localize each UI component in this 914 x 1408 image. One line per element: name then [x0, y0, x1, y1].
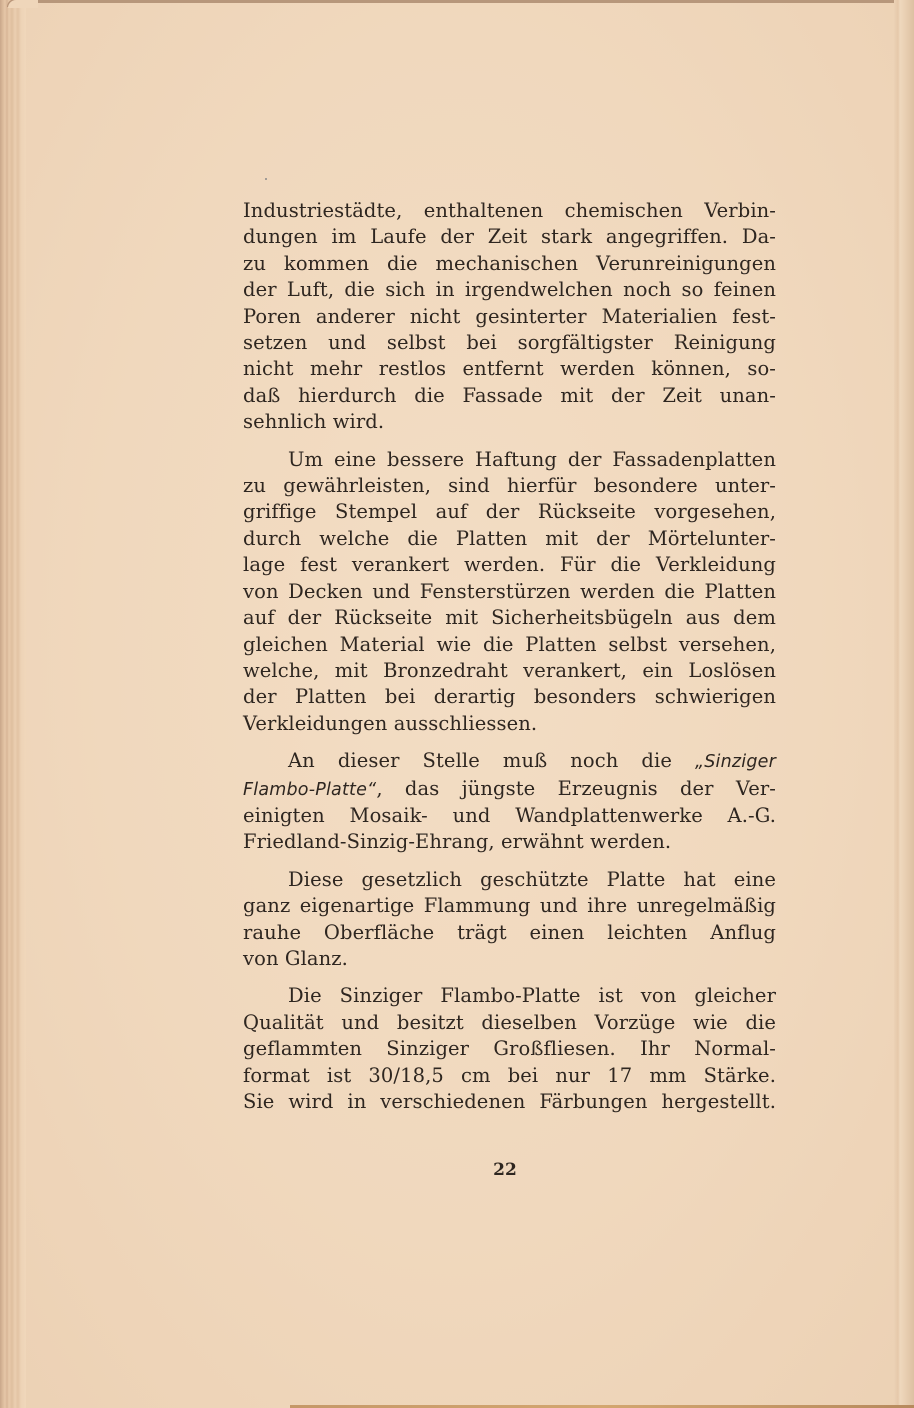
- page-top-edge: [0, 0, 914, 3]
- book-page: Industriestädte, enthaltenen chemischen …: [0, 0, 914, 1408]
- text-line: lage fest verankert werden. Für die Verk…: [243, 552, 776, 578]
- text-line: dungen im Laufe der Zeit stark angegriff…: [243, 224, 776, 250]
- text-line: welche, mit Bronzedraht verankert, ein L…: [243, 658, 776, 684]
- page-right-edge: [894, 0, 914, 1408]
- paragraph-5: Die Sinziger Flambo-Platte ist von gleic…: [243, 983, 776, 1115]
- text-line: einigten Mosaik- und Wandplattenwerke A.…: [243, 803, 776, 829]
- text-line: auf der Rückseite mit Sicherheitsbügeln …: [243, 605, 776, 631]
- text-run: , das jüngste Erzeugnis der Ver-: [376, 777, 776, 800]
- text-line: nicht mehr restlos entfernt werden könne…: [243, 356, 776, 382]
- text-run: An dieser Stelle muß noch die: [288, 749, 695, 772]
- paragraph-1: Industriestädte, enthaltenen chemischen …: [243, 198, 776, 436]
- body-text: Industriestädte, enthaltenen chemischen …: [243, 198, 776, 1126]
- text-line: zu gewährleisten, sind hierfür besondere…: [243, 473, 776, 499]
- text-line: ganz eigenartige Flammung und ihre unreg…: [243, 893, 776, 919]
- text-line: Verkleidungen ausschliessen.: [243, 711, 776, 737]
- text-line: Qualität und besitzt dieselben Vorzüge w…: [243, 1010, 776, 1036]
- text-line: griffige Stempel auf der Rückseite vorge…: [243, 499, 776, 525]
- text-line: Friedland-Sinzig-Ehrang, erwähnt werden.: [243, 829, 776, 855]
- text-line: Sie wird in verschiedenen Färbungen herg…: [243, 1089, 776, 1115]
- text-line: gleichen Material wie die Platten selbst…: [243, 632, 776, 658]
- text-line: daß hierdurch die Fassade mit der Zeit u…: [243, 383, 776, 409]
- text-line: sehnlich wird.: [243, 409, 776, 435]
- text-line: von Decken und Fensterstürzen werden die…: [243, 579, 776, 605]
- paper-speck: [265, 178, 267, 180]
- text-line: format ist 30/18,5 cm bei nur 17 mm Stär…: [243, 1063, 776, 1089]
- page-number: 22: [485, 1160, 525, 1180]
- text-line: setzen und selbst bei sorgfältigster Rei…: [243, 330, 776, 356]
- text-line: von Glanz.: [243, 946, 776, 972]
- text-line: zu kommen die mechanischen Verunreinigun…: [243, 251, 776, 277]
- paragraph-4: Diese gesetzlich geschützte Platte hat e…: [243, 867, 776, 973]
- text-line: rauhe Oberfläche trägt einen leichten An…: [243, 920, 776, 946]
- page-stack-left-edge: [0, 0, 26, 1408]
- text-line: Flambo-Platte“, das jüngste Erzeugnis de…: [243, 776, 776, 803]
- paragraph-3: An dieser Stelle muß noch die „Sinziger …: [243, 748, 776, 856]
- paragraph-2: Um eine bessere Haftung der Fassadenplat…: [243, 447, 776, 737]
- product-name-italic: „Sinziger: [695, 752, 776, 772]
- text-line: Industriestädte, enthaltenen chemischen …: [243, 198, 776, 224]
- text-line: der Luft, die sich in irgendwelchen noch…: [243, 277, 776, 303]
- text-line: geflammten Sinziger Großfliesen. Ihr Nor…: [243, 1036, 776, 1062]
- text-line: Um eine bessere Haftung der Fassadenplat…: [243, 447, 776, 473]
- text-line: der Platten bei derartig besonders schwi…: [243, 684, 776, 710]
- text-line: durch welche die Platten mit der Mörtelu…: [243, 526, 776, 552]
- text-line: Diese gesetzlich geschützte Platte hat e…: [243, 867, 776, 893]
- text-line: Die Sinziger Flambo-Platte ist von gleic…: [243, 983, 776, 1009]
- page-corner: [8, 0, 38, 8]
- text-line: Poren anderer nicht gesinterter Material…: [243, 304, 776, 330]
- text-line: An dieser Stelle muß noch die „Sinziger: [243, 748, 776, 775]
- product-name-italic: Flambo-Platte“: [243, 780, 376, 800]
